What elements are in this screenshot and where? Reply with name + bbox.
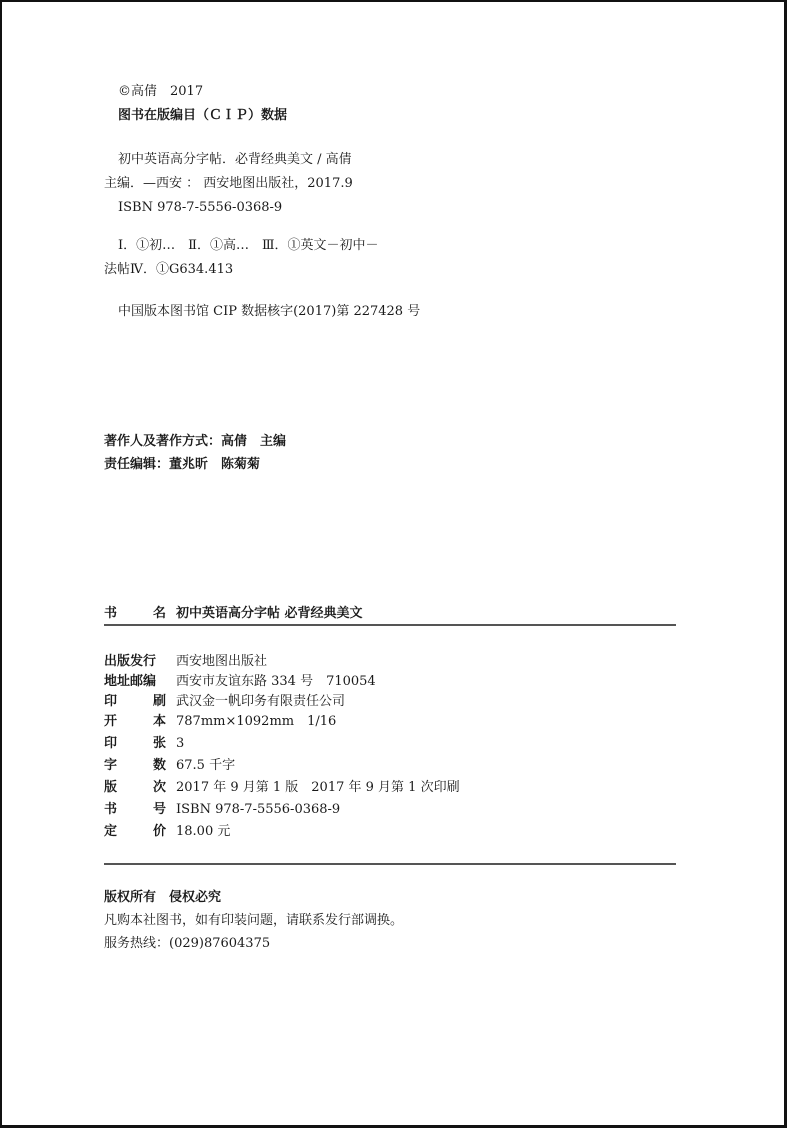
- detail-row-printer: 印刷武汉金一帆印务有限责任公司: [104, 694, 345, 710]
- cip-line-1: 初中英语高分字帖．必背经典美文 / 高倩: [118, 152, 352, 168]
- author-line: 著作人及著作方式：高倩 主编: [104, 434, 286, 450]
- detail-row-sheets: 印张3: [104, 736, 184, 752]
- cip-classification-1: Ⅰ．①初… Ⅱ．①高… Ⅲ．①英文－初中－: [118, 238, 379, 254]
- return-notice: 凡购本社图书，如有印装问题，请联系发行部调换。: [104, 913, 403, 929]
- cip-heading: 图书在版编目（ＣＩＰ）数据: [118, 108, 287, 124]
- divider-top: [104, 624, 676, 626]
- detail-row-publisher: 出版发行西安地图出版社: [104, 654, 267, 670]
- detail-row-edition: 版次2017 年 9 月第 1 版 2017 年 9 月第 1 次印刷: [104, 780, 460, 796]
- copyright-page: ©高倩 2017 图书在版编目（ＣＩＰ）数据 初中英语高分字帖．必背经典美文 /…: [0, 0, 787, 1128]
- editor-line: 责任编辑：董兆昕 陈菊菊: [104, 457, 260, 473]
- cip-record-number: 中国版本图书馆 CIP 数据核字(2017)第 227428 号: [118, 304, 420, 320]
- rights-reserved: 版权所有 侵权必究: [104, 890, 221, 906]
- detail-row-format: 开本787mm×1092mm 1/16: [104, 714, 336, 730]
- detail-row-word-count: 字数67.5 千字: [104, 758, 235, 774]
- detail-row-price: 定价18.00 元: [104, 824, 230, 840]
- service-hotline: 服务热线：(029)87604375: [104, 936, 270, 952]
- book-title-row: 书 名 初中英语高分字帖 必背经典美文: [104, 606, 363, 622]
- detail-row-address: 地址邮编西安市友谊东路 334 号 710054: [104, 674, 376, 690]
- copyright-line: ©高倩 2017: [118, 84, 203, 100]
- cip-isbn: ISBN 978-7-5556-0368-9: [118, 200, 282, 216]
- book-title-value: 初中英语高分字帖 必背经典美文: [176, 606, 363, 622]
- cip-line-2: 主编．—西安 ： 西安地图出版社，2017.9: [104, 176, 353, 192]
- detail-row-isbn: 书号ISBN 978-7-5556-0368-9: [104, 802, 340, 818]
- cip-classification-2: 法帖Ⅳ．①G634.413: [104, 262, 233, 278]
- book-title-label: 书 名: [104, 606, 166, 622]
- divider-bottom: [104, 863, 676, 865]
